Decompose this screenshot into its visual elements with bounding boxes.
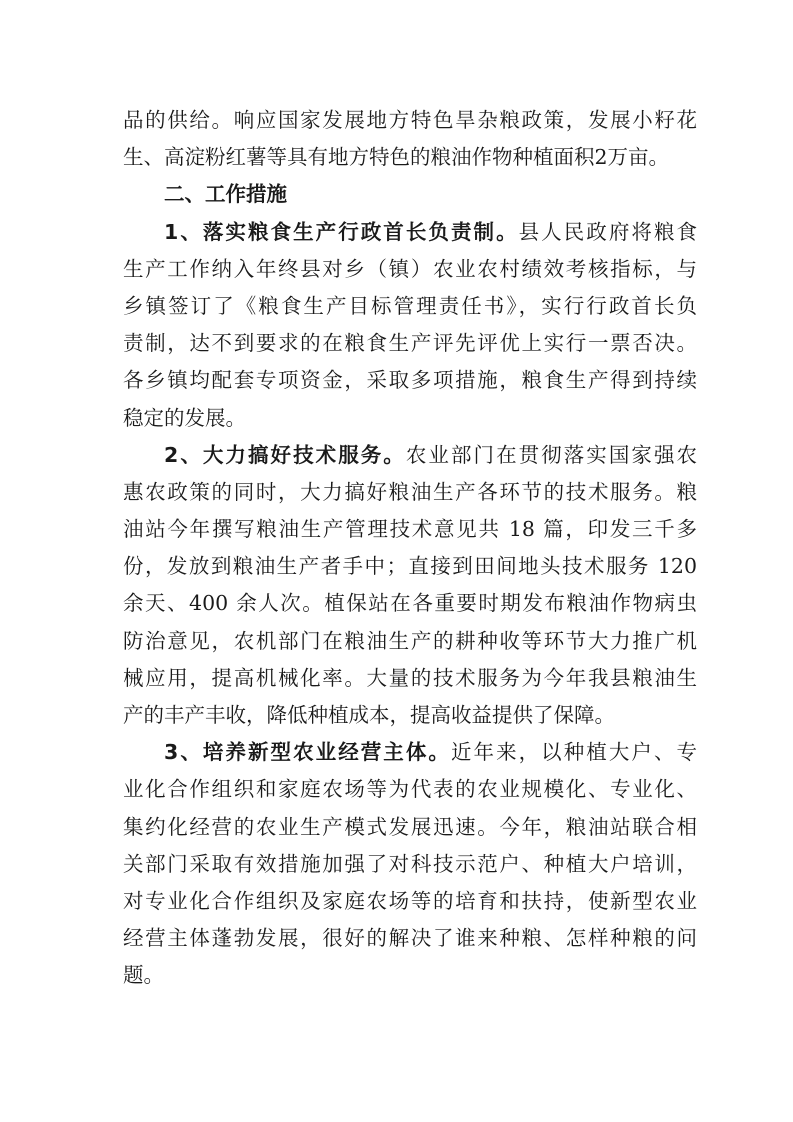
item-2-lead: 2、大力搞好技术服务。: [164, 443, 406, 467]
item-2-line: 防治意见，农机部门在粮油生产的耕种收等环节大力推广机: [123, 623, 697, 660]
section-heading: 二、工作措施: [123, 176, 697, 213]
item-2-line: 械应用，提高机械化率。大量的技术服务为今年我县粮油生: [123, 660, 697, 697]
item-1-line: 稳定的发展。: [123, 400, 697, 437]
item-1-line: 责制，达不到要求的在粮食生产评先评优上实行一票否决。: [123, 325, 697, 362]
intro-line: 品的供给。响应国家发展地方特色旱杂粮政策，发展小籽花: [123, 102, 697, 139]
item-1-lead: 1、落实粮食生产行政首长负责制。: [164, 220, 519, 244]
item-1-first-line: 1、落实粮食生产行政首长负责制。县人民政府将粮食: [123, 214, 697, 251]
item-1-line: 各乡镇均配套专项资金，采取多项措施，粮食生产得到持续: [123, 362, 697, 399]
item-1-line: 乡镇签订了《粮食生产目标管理责任书》，实行行政首长负: [123, 288, 697, 325]
document-page: 品的供给。响应国家发展地方特色旱杂粮政策，发展小籽花 生、高淀粉红薯等具有地方特…: [123, 102, 697, 995]
item-3-line: 对专业化合作组织及家庭农场等的培育和扶持，使新型农业: [123, 883, 697, 920]
item-3-line: 题。: [123, 957, 697, 994]
item-3-line: 业化合作组织和家庭农场等为代表的农业规模化、专业化、: [123, 771, 697, 808]
item-3-line: 经营主体蓬勃发展，很好的解决了谁来种粮、怎样种粮的问: [123, 920, 697, 957]
intro-line: 生、高淀粉红薯等具有地方特色的粮油作物种植面积2万亩。: [123, 139, 697, 176]
item-3-lead: 3、培养新型农业经营主体。: [164, 740, 451, 764]
item-2-line: 惠农政策的同时，大力搞好粮油生产各环节的技术服务。粮: [123, 474, 697, 511]
item-2-line: 份，发放到粮油生产者手中；直接到田间地头技术服务 120: [123, 548, 697, 585]
item-2-first-line: 2、大力搞好技术服务。农业部门在贯彻落实国家强农: [123, 437, 697, 474]
item-2-line: 余天、400 余人次。植保站在各重要时期发布粮油作物病虫: [123, 585, 697, 622]
item-2-line: 产的丰产丰收，降低种植成本，提高收益提供了保障。: [123, 697, 697, 734]
item-3-rest: 近年来，以种植大户、专: [451, 740, 697, 764]
item-2-rest: 农业部门在贯彻落实国家强农: [406, 443, 697, 467]
item-3-first-line: 3、培养新型农业经营主体。近年来，以种植大户、专: [123, 734, 697, 771]
item-2-line: 油站今年撰写粮油生产管理技术意见共 18 篇，印发三千多: [123, 511, 697, 548]
item-3-line: 集约化经营的农业生产模式发展迅速。今年，粮油站联合相: [123, 809, 697, 846]
item-1-line: 生产工作纳入年终县对乡（镇）农业农村绩效考核指标，与: [123, 251, 697, 288]
item-1-rest: 县人民政府将粮食: [519, 220, 697, 244]
item-3-line: 关部门采取有效措施加强了对科技示范户、种植大户培训，: [123, 846, 697, 883]
